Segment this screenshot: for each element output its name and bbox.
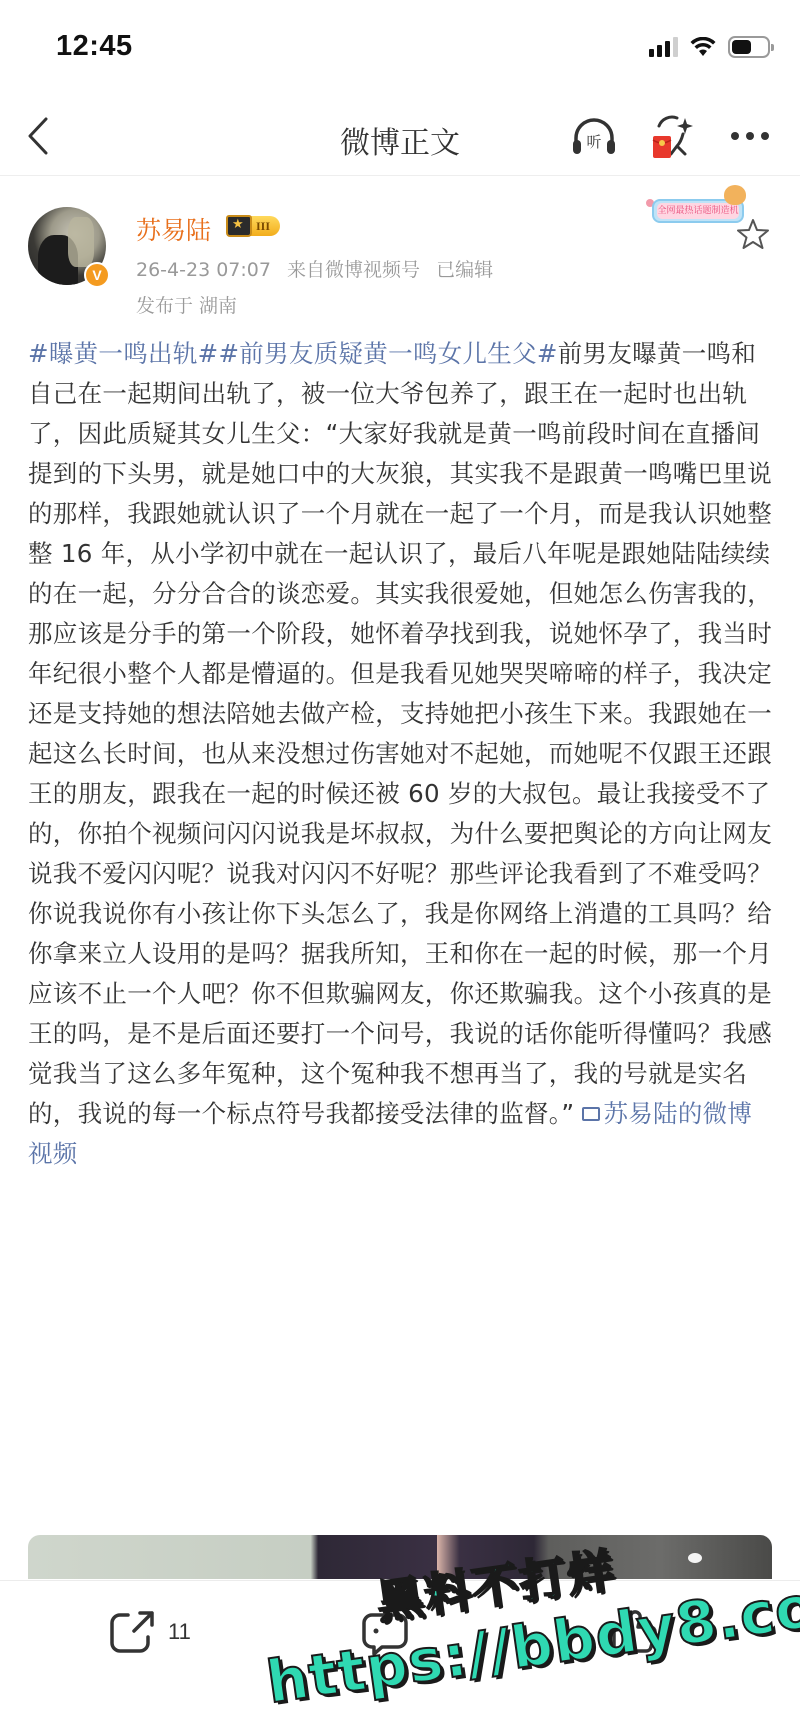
red-packet-search-icon: [649, 112, 695, 160]
topic-badge-label: 全网最热话题制造机: [657, 203, 739, 219]
repost-button[interactable]: 11: [108, 1609, 191, 1655]
shiba-dog-icon: [724, 185, 746, 205]
more-button[interactable]: [726, 112, 774, 160]
favorite-star-icon[interactable]: [736, 217, 770, 251]
post-source: 来自微博视频号: [287, 259, 420, 281]
status-icons: [649, 36, 770, 58]
topic-link[interactable]: #前男友质疑黄一鸣女儿生父#: [218, 339, 557, 368]
edited-label: 已编辑: [436, 259, 493, 281]
repost-icon: [108, 1609, 158, 1655]
red-packet-search-button[interactable]: [648, 112, 696, 160]
vip-level: III: [250, 216, 280, 236]
svg-text:听: 听: [586, 133, 601, 151]
nav-actions: 听: [570, 112, 774, 160]
crown-icon: [226, 215, 252, 237]
status-bar: 12:45: [0, 0, 800, 96]
topic-badge[interactable]: 全网最热话题制造机: [646, 187, 750, 229]
signal-icon: [649, 37, 678, 57]
post-body: #曝黄一鸣出轨##前男友质疑黄一鸣女儿生父#前男友曝黄一鸣和自己在一起期间出轨了…: [28, 334, 776, 1174]
headphones-icon: 听: [570, 114, 618, 158]
video-thumbnail[interactable]: [28, 1535, 772, 1579]
status-time: 12:45: [56, 30, 133, 63]
repost-count: 11: [168, 1619, 191, 1645]
chevron-left-icon: [27, 117, 49, 155]
nav-bar: 微博正文 听: [0, 96, 800, 176]
back-button[interactable]: [18, 114, 58, 158]
wifi-icon: [690, 37, 716, 57]
more-dots-icon: [730, 131, 770, 141]
topic-link[interactable]: #曝黄一鸣出轨#: [28, 339, 218, 368]
post-meta: 26-4-23 07:07 来自微博视频号 已编辑: [136, 255, 503, 282]
bottom-toolbar: 11: [0, 1580, 800, 1731]
vip-badge[interactable]: III: [226, 215, 280, 237]
battery-icon: [728, 36, 770, 58]
author-name[interactable]: 苏易陆: [136, 211, 211, 247]
comment-button[interactable]: [360, 1609, 420, 1657]
post-location: 发布于 湖南: [136, 291, 237, 318]
video-link-icon: [582, 1107, 600, 1121]
post-header: V 苏易陆 III 26-4-23 07:07 来自微博视频号 已编辑 发布于 …: [0, 177, 800, 327]
listen-button[interactable]: 听: [570, 112, 618, 160]
post-timestamp: 26-4-23 07:07: [136, 259, 271, 281]
verified-badge: V: [84, 262, 110, 288]
comment-icon: [360, 1609, 410, 1657]
post-text: 前男友曝黄一鸣和自己在一起期间出轨了，被一位大爷包养了，跟王在一起时也出轨了，因…: [28, 339, 772, 1128]
like-button[interactable]: [610, 1609, 668, 1655]
like-icon: [610, 1609, 658, 1655]
